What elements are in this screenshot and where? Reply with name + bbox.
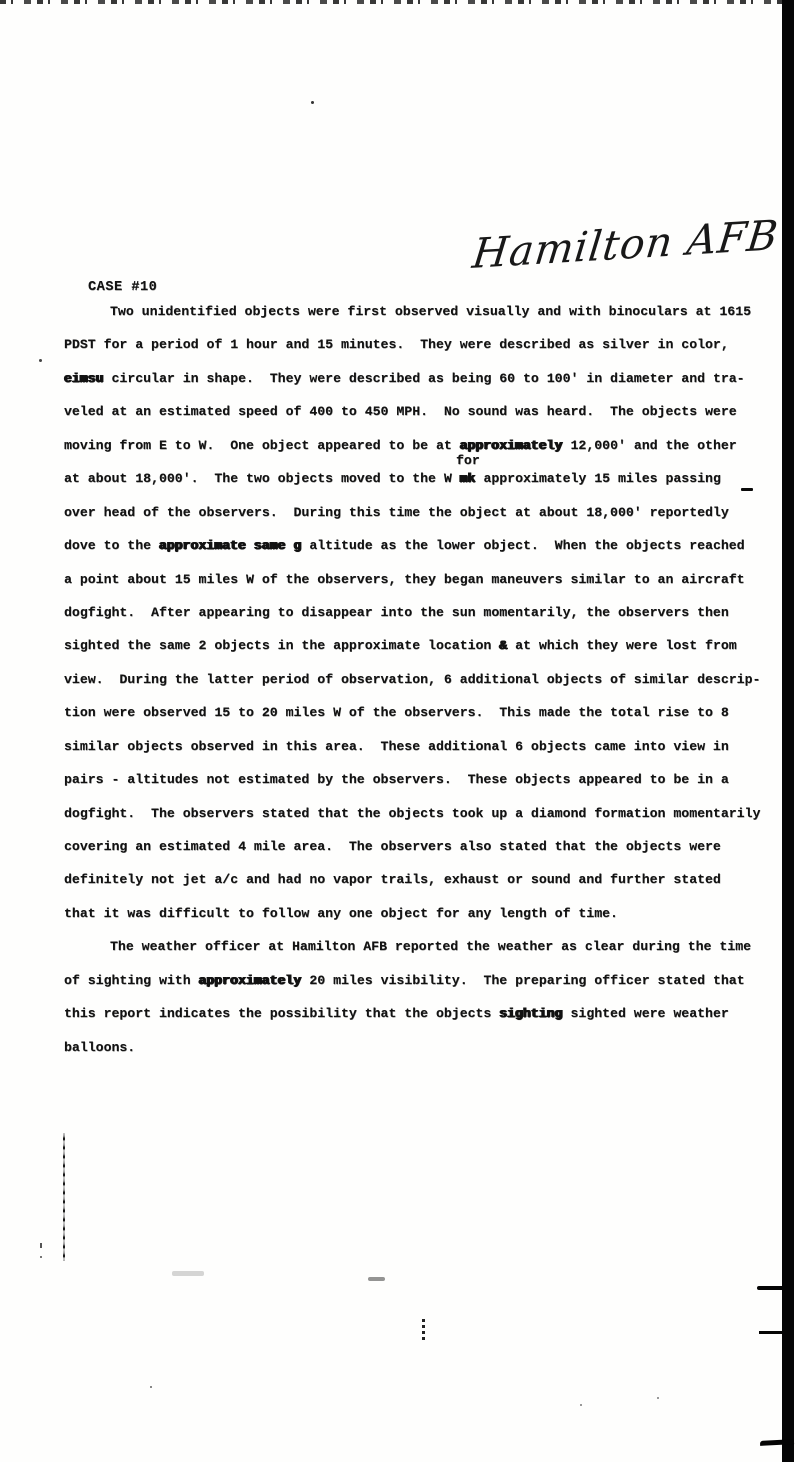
typewritten-line: this report indicates the possibility th… bbox=[64, 1004, 764, 1037]
typewritten-line: sighted the same 2 objects in the approx… bbox=[64, 636, 764, 669]
overstruck-text: & bbox=[499, 638, 507, 653]
scan-artifact-speck bbox=[580, 1404, 582, 1406]
typewritten-line: dove to the approximate same g altitude … bbox=[64, 536, 764, 569]
overstruck-text: mk bbox=[460, 471, 476, 486]
scan-artifact-crease-line bbox=[63, 1133, 65, 1261]
typewritten-line: definitely not jet a/c and had no vapor … bbox=[64, 870, 764, 903]
scan-artifact-speck bbox=[39, 359, 42, 362]
scan-artifact-smudge bbox=[172, 1271, 204, 1276]
typewritten-line: at about 18,000'. The two objects moved … bbox=[64, 469, 764, 502]
scan-artifact-smudge bbox=[368, 1277, 385, 1281]
typewritten-line: moving from E to W. One object appeared … bbox=[64, 436, 764, 469]
scanned-document-page: Hamilton AFB CASE #10 for Two unidentifi… bbox=[0, 0, 800, 1462]
scan-artifact-speck bbox=[40, 1243, 42, 1248]
handwritten-annotation: Hamilton AFB bbox=[470, 211, 781, 278]
scan-artifact-tick-mark bbox=[757, 1286, 794, 1290]
case-number-label: CASE #10 bbox=[88, 280, 157, 295]
scan-artifact-top-edge bbox=[0, 0, 786, 4]
typewritten-line: Two unidentified objects were first obse… bbox=[64, 302, 764, 335]
typewritten-line: of sighting with approximately 20 miles … bbox=[64, 971, 764, 1004]
scan-artifact-tick-mark bbox=[760, 1439, 794, 1446]
typewritten-line: covering an estimated 4 mile area. The o… bbox=[64, 837, 764, 870]
overstruck-text: approximately bbox=[460, 438, 563, 453]
scan-artifact-dotted-trail bbox=[422, 1319, 425, 1343]
overstruck-text: approximately bbox=[199, 973, 302, 988]
scan-artifact-speck bbox=[150, 1386, 152, 1388]
typewritten-line: dogfight. After appearing to disappear i… bbox=[64, 603, 764, 636]
scan-artifact-speck bbox=[657, 1397, 659, 1399]
typewritten-line: veled at an estimated speed of 400 to 45… bbox=[64, 402, 764, 435]
typewritten-line: a point about 15 miles W of the observer… bbox=[64, 570, 764, 603]
typewritten-line: that it was difficult to follow any one … bbox=[64, 904, 764, 937]
report-body: Two unidentified objects were first obse… bbox=[64, 302, 764, 1071]
overstruck-text: eimsu bbox=[64, 371, 104, 386]
scan-artifact-speck bbox=[40, 1256, 42, 1258]
typewritten-line: The weather officer at Hamilton AFB repo… bbox=[64, 937, 764, 970]
overstruck-text: sighting bbox=[499, 1006, 562, 1021]
typewritten-line: view. During the latter period of observ… bbox=[64, 670, 764, 703]
overstruck-text: approximate same g bbox=[159, 538, 301, 553]
typewritten-line: similar objects observed in this area. T… bbox=[64, 737, 764, 770]
report-paragraph-2: The weather officer at Hamilton AFB repo… bbox=[64, 937, 764, 1071]
typewritten-line: eimsu circular in shape. They were descr… bbox=[64, 369, 764, 402]
typewritten-line: pairs - altitudes not estimated by the o… bbox=[64, 770, 764, 803]
typewritten-line: PDST for a period of 1 hour and 15 minut… bbox=[64, 335, 764, 368]
scan-artifact-right-bar bbox=[782, 0, 794, 1462]
typewritten-line: tion were observed 15 to 20 miles W of t… bbox=[64, 703, 764, 736]
scan-artifact-tick-mark bbox=[759, 1331, 794, 1334]
report-paragraph-1: Two unidentified objects were first obse… bbox=[64, 302, 764, 937]
scan-artifact-speck bbox=[311, 101, 314, 104]
typewritten-line: over head of the observers. During this … bbox=[64, 503, 764, 536]
typewritten-line: dogfight. The observers stated that the … bbox=[64, 804, 764, 837]
typewritten-line: balloons. bbox=[64, 1038, 764, 1071]
